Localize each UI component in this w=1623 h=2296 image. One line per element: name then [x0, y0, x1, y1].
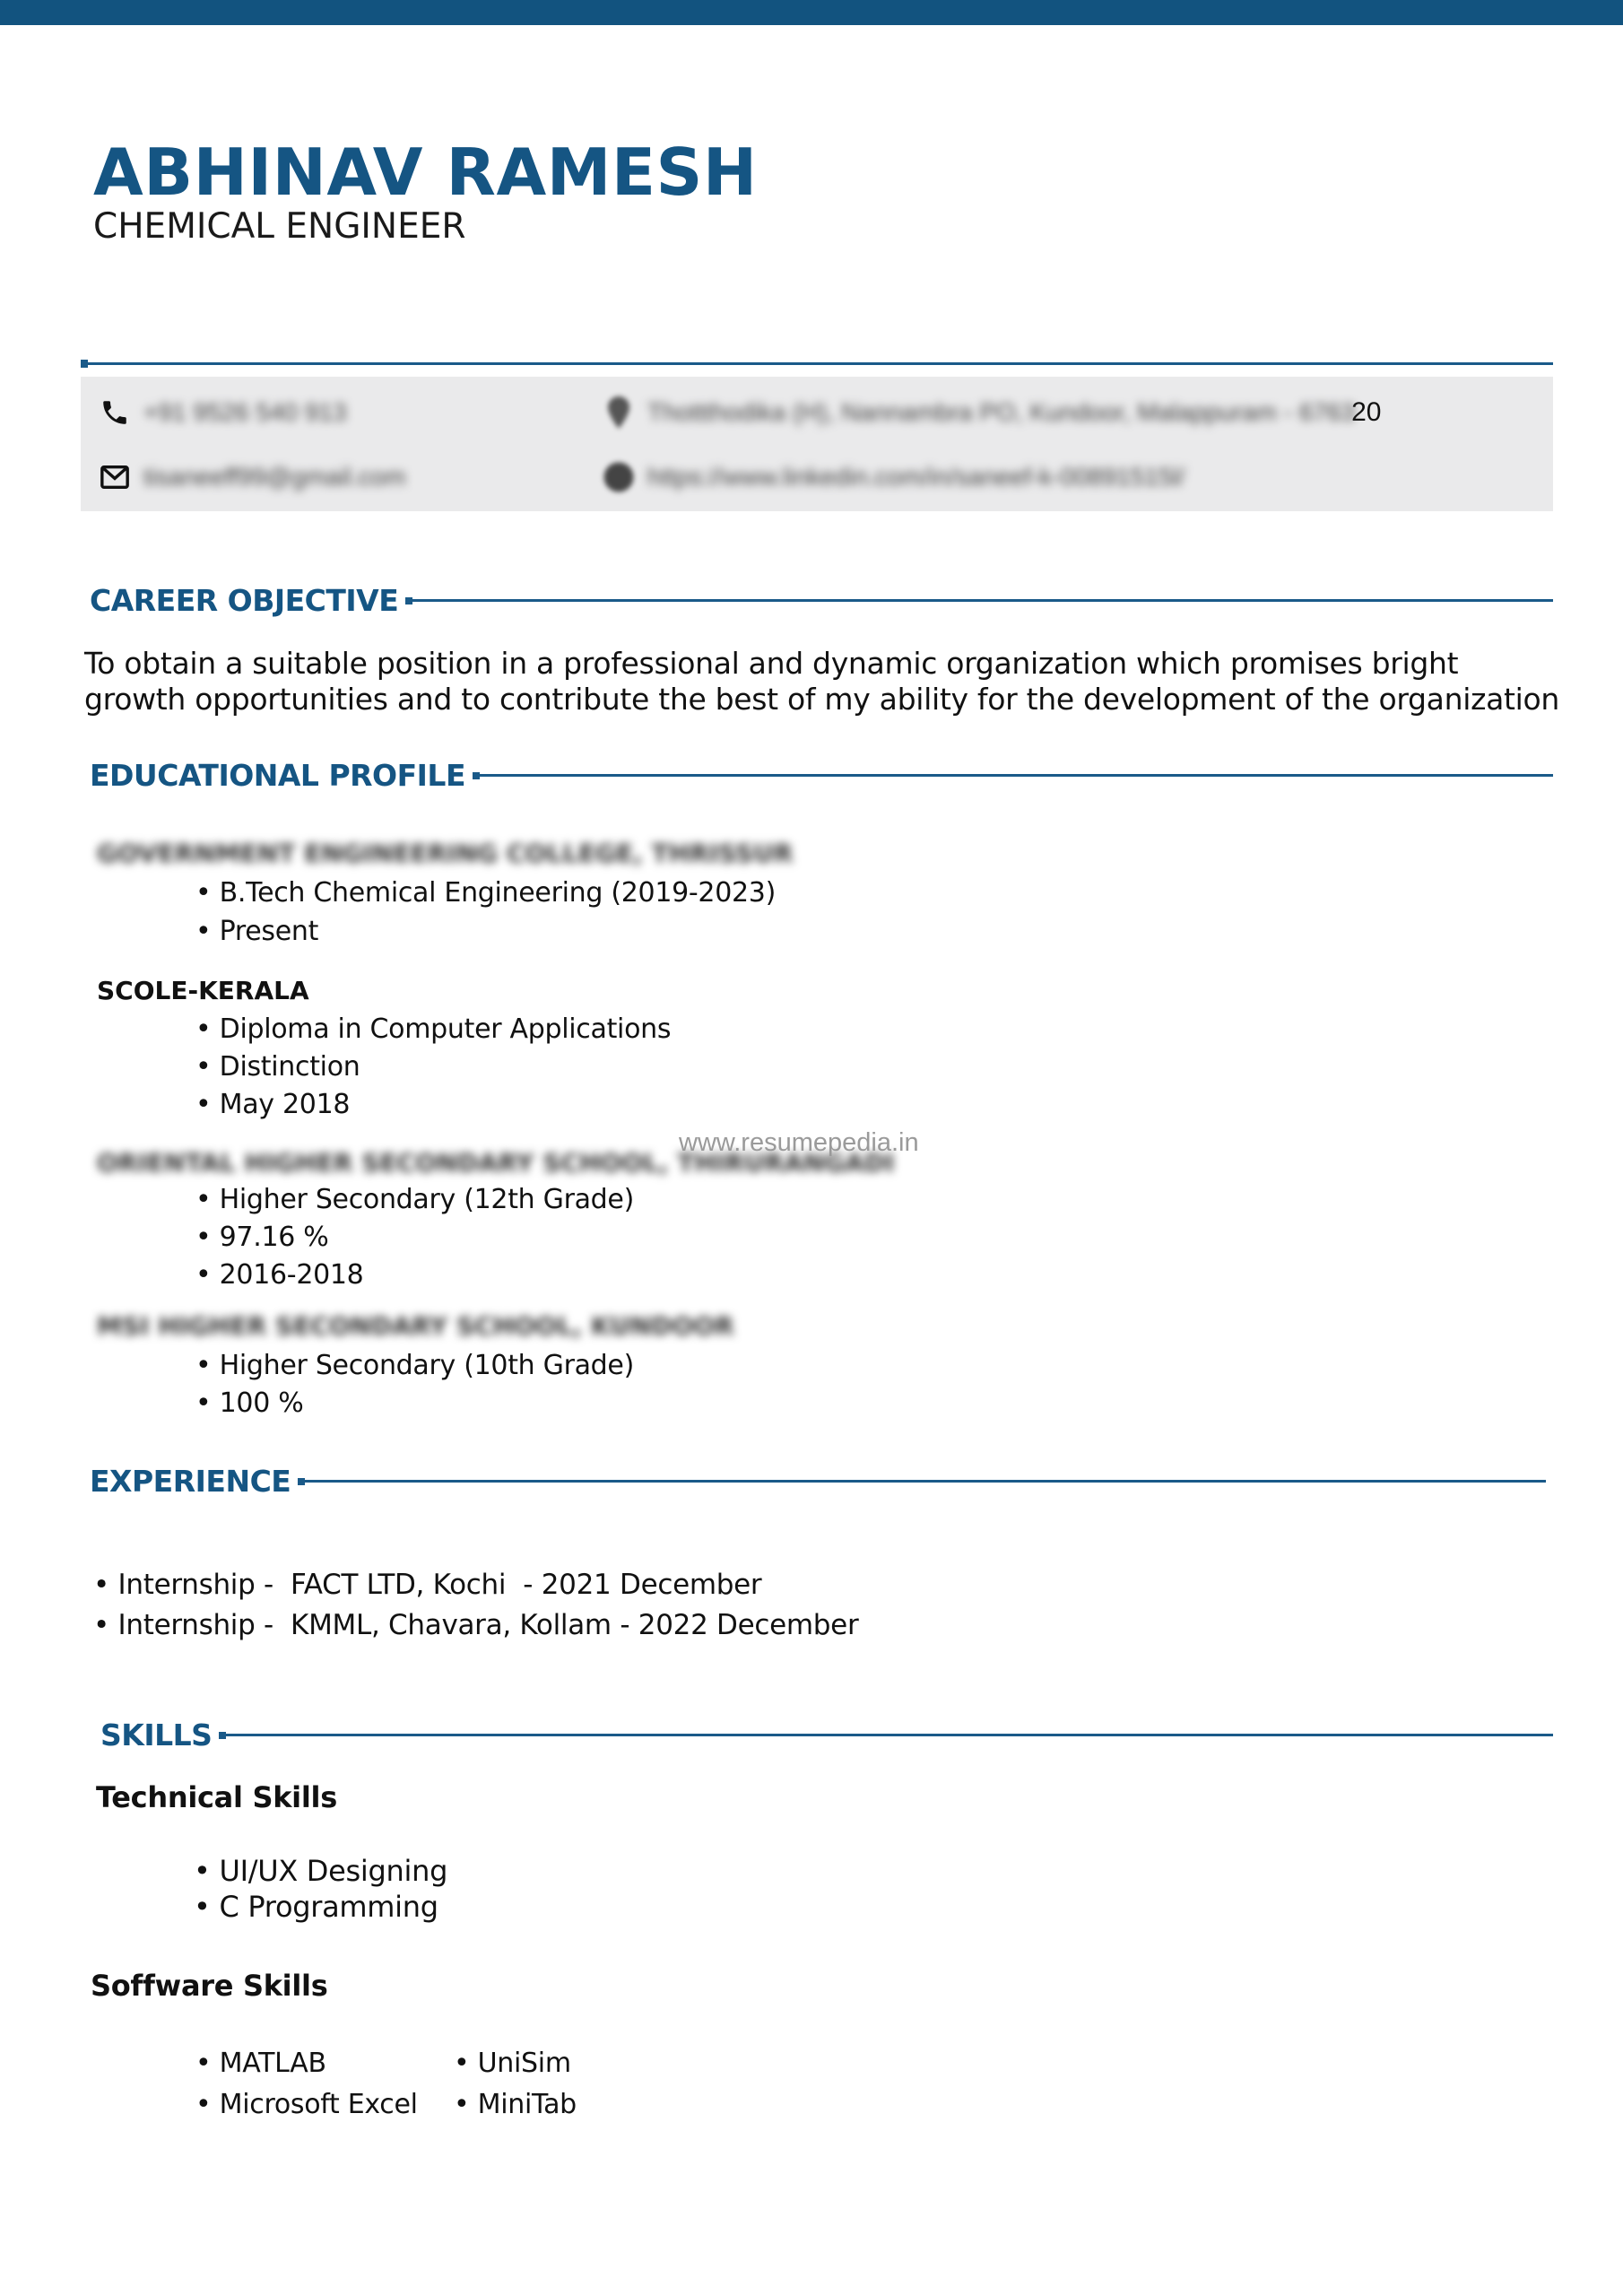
contact-phone: +91 9526 540 913: [97, 395, 347, 430]
technical-skill-item: C Programming: [194, 1890, 438, 1924]
candidate-title: CHEMICAL ENGINEER: [93, 206, 465, 247]
contact-linkedin: https://www.linkedin.com/in/saneef-k-008…: [601, 459, 1185, 495]
email-value: tisaneeff99@gmail.com: [143, 463, 406, 491]
edu-item: Present: [195, 916, 318, 947]
edu-item: Distinction: [195, 1051, 360, 1083]
contact-panel: +91 9526 540 913 tisaneeff99@gmail.com T…: [81, 377, 1553, 511]
experience-item: Internship - FACT LTD, Kochi - 2021 Dece…: [93, 1569, 761, 1601]
linkedin-icon: [601, 459, 637, 495]
edu-item: Higher Secondary (10th Grade): [195, 1350, 634, 1381]
watermark: www.resumepedia.in: [679, 1128, 919, 1158]
experience-item: Internship - KMML, Chavara, Kollam - 202…: [93, 1609, 858, 1641]
section-skills: SKILLS: [100, 1718, 1553, 1752]
contact-divider: [81, 362, 1553, 365]
section-education: EDUCATIONAL PROFILE: [90, 758, 1553, 793]
section-experience: EXPERIENCE: [90, 1464, 1546, 1499]
heading-marker: [298, 1478, 305, 1485]
section-career-objective: CAREER OBJECTIVE: [90, 583, 1553, 618]
technical-skills-heading: Technical Skills: [96, 1780, 337, 1814]
software-skill-item: MiniTab: [454, 2089, 577, 2120]
edu-item: Higher Secondary (12th Grade): [195, 1184, 634, 1215]
contact-email: tisaneeff99@gmail.com: [97, 459, 406, 495]
edu-item: Diploma in Computer Applications: [195, 1013, 671, 1045]
software-skill-item: UniSim: [454, 2048, 571, 2079]
edu-item: May 2018: [195, 1089, 350, 1120]
heading-marker: [473, 772, 480, 779]
heading-rule: [226, 1734, 1553, 1736]
address-suffix: 20: [1351, 397, 1381, 428]
linkedin-value: https://www.linkedin.com/in/saneef-k-008…: [647, 463, 1185, 491]
phone-icon: [97, 395, 133, 430]
top-accent-bar: [0, 0, 1623, 25]
software-skill-item: Microsoft Excel: [195, 2089, 418, 2120]
edu-item: 97.16 %: [195, 1222, 328, 1253]
software-skills-heading: Soffware Skills: [91, 1969, 327, 2003]
edu-school-name: MSI HIGHER SECONDARY SCHOOL, KUNDOOR: [97, 1311, 734, 1341]
heading-marker: [219, 1732, 226, 1739]
heading-rule: [412, 599, 1553, 602]
heading-rule: [480, 774, 1553, 777]
edu-item: B.Tech Chemical Engineering (2019-2023): [195, 877, 776, 909]
address-value: Thottthodika (H), Nannambra PO, Kundoor,…: [647, 398, 1355, 427]
technical-skill-item: UI/UX Designing: [194, 1854, 447, 1888]
edu-item: 100 %: [195, 1387, 303, 1419]
edu-school-name: GOVERNMENT ENGINEERING COLLEGE, THRISSUR: [97, 839, 793, 868]
section-heading: EXPERIENCE: [90, 1464, 291, 1499]
location-pin-icon: [601, 395, 637, 430]
career-objective-text: To obtain a suitable position in a profe…: [84, 646, 1564, 717]
heading-marker: [405, 597, 412, 604]
contact-address: Thottthodika (H), Nannambra PO, Kundoor,…: [601, 395, 1381, 430]
section-heading: EDUCATIONAL PROFILE: [90, 758, 465, 793]
software-skill-item: MATLAB: [195, 2048, 326, 2079]
edu-school-name: SCOLE-KERALA: [97, 976, 309, 1005]
mail-icon: [97, 459, 133, 495]
phone-value: +91 9526 540 913: [143, 398, 347, 427]
candidate-name: ABHINAV RAMESH: [93, 135, 758, 210]
section-heading: CAREER OBJECTIVE: [90, 583, 398, 618]
section-heading: SKILLS: [100, 1718, 212, 1752]
heading-rule: [305, 1480, 1546, 1483]
edu-item: 2016-2018: [195, 1259, 363, 1291]
